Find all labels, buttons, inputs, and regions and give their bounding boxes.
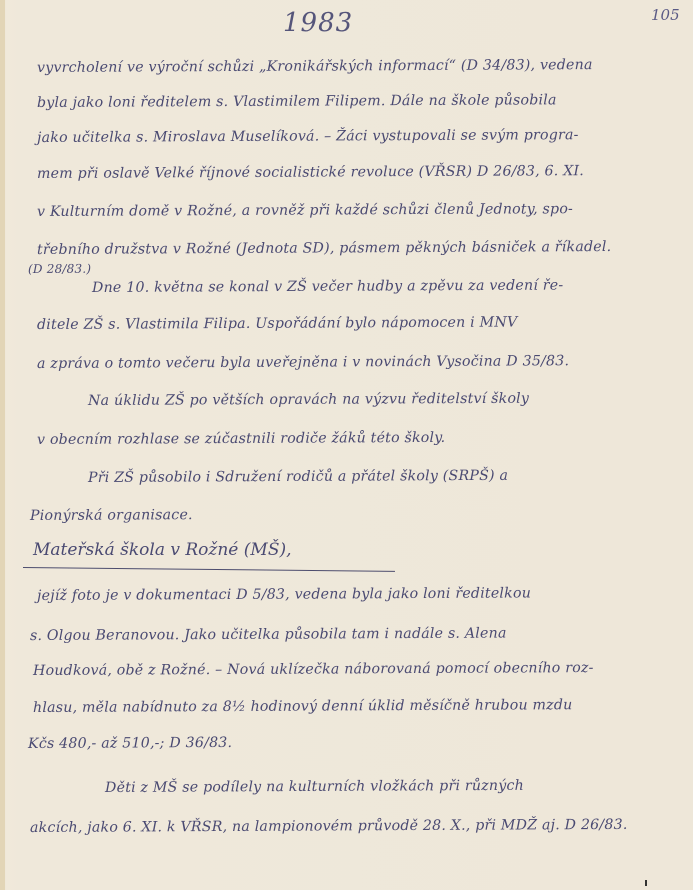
text-line: Pionýrská organisace. (30, 507, 193, 524)
text-line: hlasu, měla nabídnuto za 8½ hodinový den… (33, 697, 573, 716)
text-line: v Kulturním domě v Rožné, a rovněž při k… (37, 201, 573, 220)
binding-edge (0, 0, 5, 890)
text-line: jako učitelka s. Miroslava Muselíková. –… (37, 127, 579, 146)
text-line: Při ZŠ působilo i Sdružení rodičů a přát… (88, 468, 508, 486)
text-line: mem při oslavě Velké říjnové socialistic… (37, 163, 584, 182)
page-number: 105 (651, 6, 680, 24)
text-line: Na úklidu ZŠ po větších opravách na výzv… (88, 391, 529, 409)
page-year: 1983 (283, 8, 353, 38)
heading-underline (23, 567, 395, 572)
text-line: v obecním rozhlase se zúčastnili rodiče … (37, 430, 445, 448)
text-line: a zpráva o tomto večeru byla uveřejněna … (37, 353, 569, 372)
section-heading: Mateřská škola v Rožné (MŠ), (33, 540, 292, 560)
text-line: Děti z MŠ se podílely na kulturních vlož… (105, 778, 524, 796)
chronicle-page: 1983 105 vyvrcholení ve výroční schůzi „… (0, 0, 693, 890)
text-line: ditele ZŠ s. Vlastimila Filipa. Uspořádá… (37, 314, 517, 333)
text-line: Houdková, obě z Rožné. – Nová uklízečka … (33, 660, 594, 679)
ink-speck (645, 880, 647, 886)
text-line: Dne 10. května se konal v ZŠ večer hudby… (92, 278, 563, 296)
text-line: třebního družstva v Rožné (Jednota SD), … (37, 239, 611, 258)
text-line: (D 28/83.) (28, 262, 91, 276)
text-line: jejíž foto je v dokumentaci D 5/83, vede… (37, 585, 531, 604)
text-line: s. Olgou Beranovou. Jako učitelka působi… (30, 626, 507, 644)
text-line: Kčs 480,- až 510,-; D 36/83. (28, 735, 232, 752)
text-line: vyvrcholení ve výroční schůzi „Kronikářs… (37, 57, 593, 76)
text-line: akcích, jako 6. XI. k VŘSR, na lampionov… (30, 817, 628, 836)
text-line: byla jako loni ředitelem s. Vlastimilem … (37, 92, 557, 111)
